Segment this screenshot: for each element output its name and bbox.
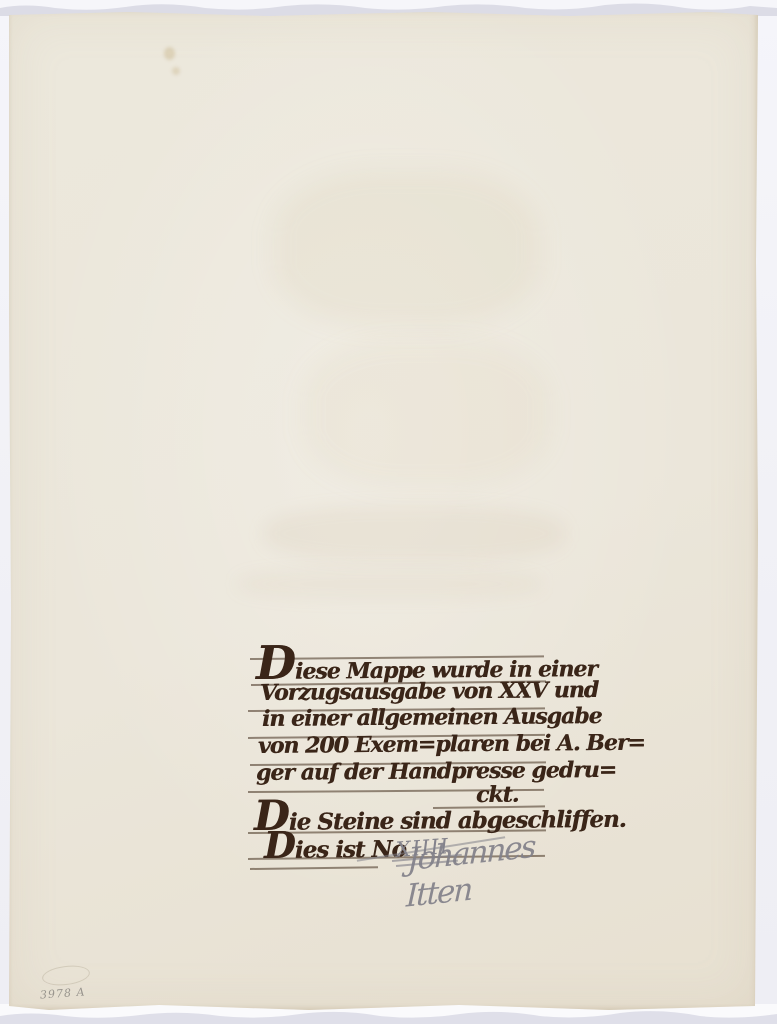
inscription-line-7: Die Steine sind abgeschliffen. <box>254 801 626 836</box>
colophon-inscription: Diese Mappe wurde in einer Vorzugsausgab… <box>248 644 550 906</box>
inscription-line-3: in einer allgemeinen Ausgabe <box>262 703 602 732</box>
artist-signature: Johannes Itten <box>405 827 549 915</box>
inscription-line-5: ger auf der Handpresse gedru= <box>256 757 616 786</box>
inscription-line-4: von 200 Exem=plaren bei A. Ber= <box>258 730 645 759</box>
verso-show-through <box>304 341 549 486</box>
inscription-line-2: Vorzugsausgabe von XXV und <box>260 677 598 706</box>
verso-show-through <box>237 569 542 599</box>
verso-show-through <box>264 506 564 561</box>
foxing-stain <box>172 67 180 75</box>
artwork-photo: Diese Mappe wurde in einer Vorzugsausgab… <box>0 0 777 1024</box>
verso-show-through <box>274 171 539 326</box>
inscription-line-8: Dies ist No <box>264 833 406 864</box>
foxing-stain <box>164 47 175 60</box>
